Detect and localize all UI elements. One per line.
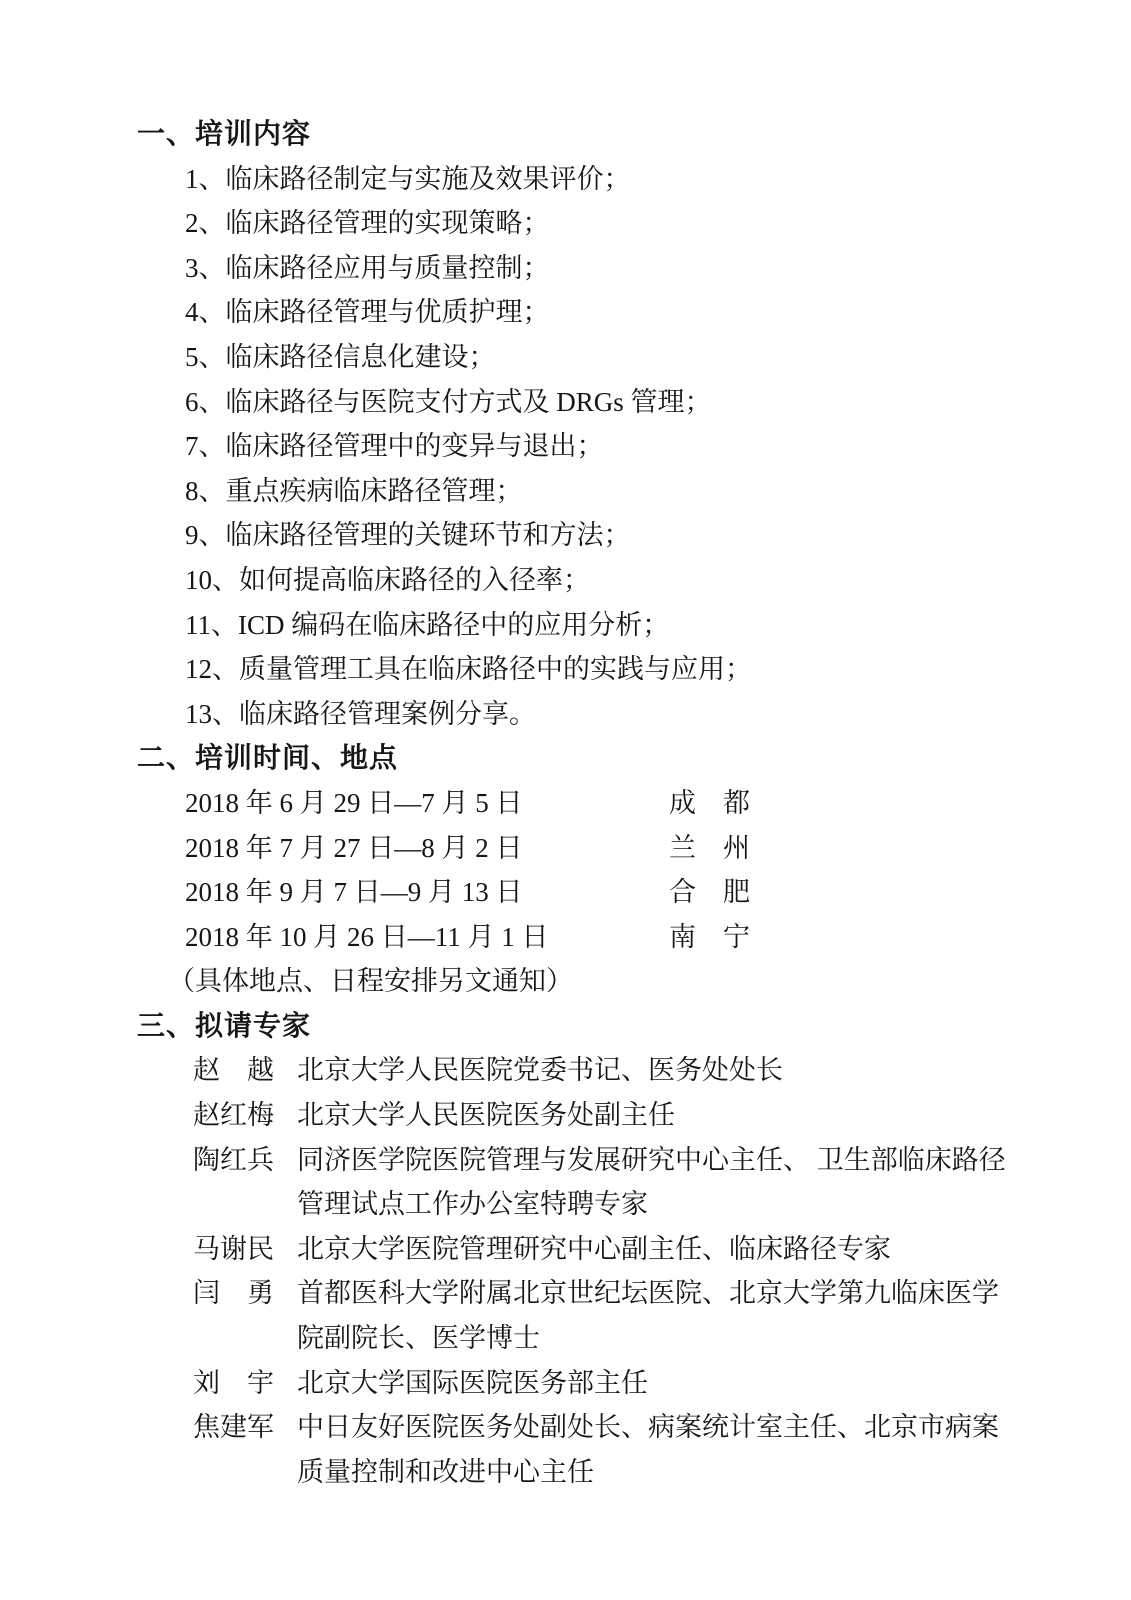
schedule-date: 2018 年 9 月 7 日—9 月 13 日 — [185, 877, 523, 907]
schedule-note: （具体地点、日程安排另文通知） — [168, 959, 1131, 1004]
schedule-row-2: 2018 年 7 月 27 日—8 月 2 日 兰 州 — [185, 826, 1131, 871]
schedule-date: 2018 年 6 月 29 日—7 月 5 日 — [185, 788, 523, 818]
training-item-8: 8、重点疾病临床路径管理； — [185, 469, 1131, 514]
expert-title-line: 北京大学国际医院医务部主任 — [297, 1361, 1131, 1406]
expert-title-line: 北京大学人民医院医务处副主任 — [297, 1093, 1131, 1138]
training-item-2: 2、临床路径管理的实现策略； — [185, 201, 1131, 246]
schedule-city: 兰 州 — [669, 826, 750, 871]
section-heading-training-content: 一、培训内容 — [137, 112, 1131, 157]
section-heading-experts: 三、拟请专家 — [137, 1004, 1131, 1049]
section-heading-time-location: 二、培训时间、地点 — [137, 736, 1131, 781]
training-item-3: 3、临床路径应用与质量控制； — [185, 246, 1131, 291]
expert-name: 赵红梅 — [193, 1093, 297, 1138]
expert-title-line: 管理试点工作办公室特聘专家 — [297, 1182, 1131, 1227]
expert-name: 刘 宇 — [193, 1361, 297, 1406]
expert-name: 闫 勇 — [193, 1271, 297, 1360]
expert-title-line: 北京大学人民医院党委书记、医务处处长 — [297, 1048, 1131, 1093]
expert-title-line: 同济医学院医院管理与发展研究中心主任、 卫生部临床路径 — [297, 1138, 1131, 1183]
expert-title: 同济医学院医院管理与发展研究中心主任、 卫生部临床路径 管理试点工作办公室特聘专… — [297, 1138, 1131, 1227]
expert-row-4: 马谢民 北京大学医院管理研究中心副主任、临床路径专家 — [193, 1227, 1131, 1272]
training-item-7: 7、临床路径管理中的变异与退出； — [185, 424, 1131, 469]
expert-title: 北京大学人民医院党委书记、医务处处长 — [297, 1048, 1131, 1093]
schedule-city: 成 都 — [669, 781, 750, 826]
expert-title-line: 院副院长、医学博士 — [297, 1316, 1131, 1361]
training-item-6: 6、临床路径与医院支付方式及 DRGs 管理； — [185, 380, 1131, 425]
schedule-city: 南 宁 — [669, 915, 750, 960]
expert-row-6: 刘 宇 北京大学国际医院医务部主任 — [193, 1361, 1131, 1406]
training-item-1: 1、临床路径制定与实施及效果评价； — [185, 157, 1131, 202]
document-page: 一、培训内容 1、临床路径制定与实施及效果评价； 2、临床路径管理的实现策略； … — [0, 0, 1131, 1600]
document-content: 一、培训内容 1、临床路径制定与实施及效果评价； 2、临床路径管理的实现策略； … — [0, 112, 1131, 1494]
expert-row-3: 陶红兵 同济医学院医院管理与发展研究中心主任、 卫生部临床路径 管理试点工作办公… — [193, 1138, 1131, 1227]
schedule-row-3: 2018 年 9 月 7 日—9 月 13 日 合 肥 — [185, 870, 1131, 915]
expert-title: 北京大学国际医院医务部主任 — [297, 1361, 1131, 1406]
schedule-city: 合 肥 — [669, 870, 750, 915]
expert-name: 马谢民 — [193, 1227, 297, 1272]
training-item-9: 9、临床路径管理的关键环节和方法； — [185, 513, 1131, 558]
training-item-4: 4、临床路径管理与优质护理； — [185, 290, 1131, 335]
expert-title-line: 中日友好医院医务处副处长、病案统计室主任、北京市病案 — [297, 1405, 1131, 1450]
expert-title: 北京大学医院管理研究中心副主任、临床路径专家 — [297, 1227, 1131, 1272]
schedule-row-1: 2018 年 6 月 29 日—7 月 5 日 成 都 — [185, 781, 1131, 826]
expert-row-7: 焦建军 中日友好医院医务处副处长、病案统计室主任、北京市病案 质量控制和改进中心… — [193, 1405, 1131, 1494]
schedule-date: 2018 年 10 月 26 日—11 月 1 日 — [185, 922, 549, 952]
expert-row-1: 赵 越 北京大学人民医院党委书记、医务处处长 — [193, 1048, 1131, 1093]
expert-name: 赵 越 — [193, 1048, 297, 1093]
training-item-11: 11、ICD 编码在临床路径中的应用分析； — [185, 603, 1131, 648]
expert-name: 焦建军 — [193, 1405, 297, 1494]
training-item-13: 13、临床路径管理案例分享。 — [185, 692, 1131, 737]
expert-row-2: 赵红梅 北京大学人民医院医务处副主任 — [193, 1093, 1131, 1138]
expert-row-5: 闫 勇 首都医科大学附属北京世纪坛医院、北京大学第九临床医学 院副院长、医学博士 — [193, 1271, 1131, 1360]
expert-name: 陶红兵 — [193, 1138, 297, 1227]
schedule-date: 2018 年 7 月 27 日—8 月 2 日 — [185, 833, 523, 863]
expert-title: 北京大学人民医院医务处副主任 — [297, 1093, 1131, 1138]
expert-title-line: 北京大学医院管理研究中心副主任、临床路径专家 — [297, 1227, 1131, 1272]
training-item-10: 10、如何提高临床路径的入径率； — [185, 558, 1131, 603]
expert-title: 首都医科大学附属北京世纪坛医院、北京大学第九临床医学 院副院长、医学博士 — [297, 1271, 1131, 1360]
expert-title-line: 质量控制和改进中心主任 — [297, 1450, 1131, 1495]
expert-title: 中日友好医院医务处副处长、病案统计室主任、北京市病案 质量控制和改进中心主任 — [297, 1405, 1131, 1494]
training-item-12: 12、质量管理工具在临床路径中的实践与应用； — [185, 647, 1131, 692]
training-item-5: 5、临床路径信息化建设； — [185, 335, 1131, 380]
schedule-row-4: 2018 年 10 月 26 日—11 月 1 日 南 宁 — [185, 915, 1131, 960]
expert-title-line: 首都医科大学附属北京世纪坛医院、北京大学第九临床医学 — [297, 1271, 1131, 1316]
